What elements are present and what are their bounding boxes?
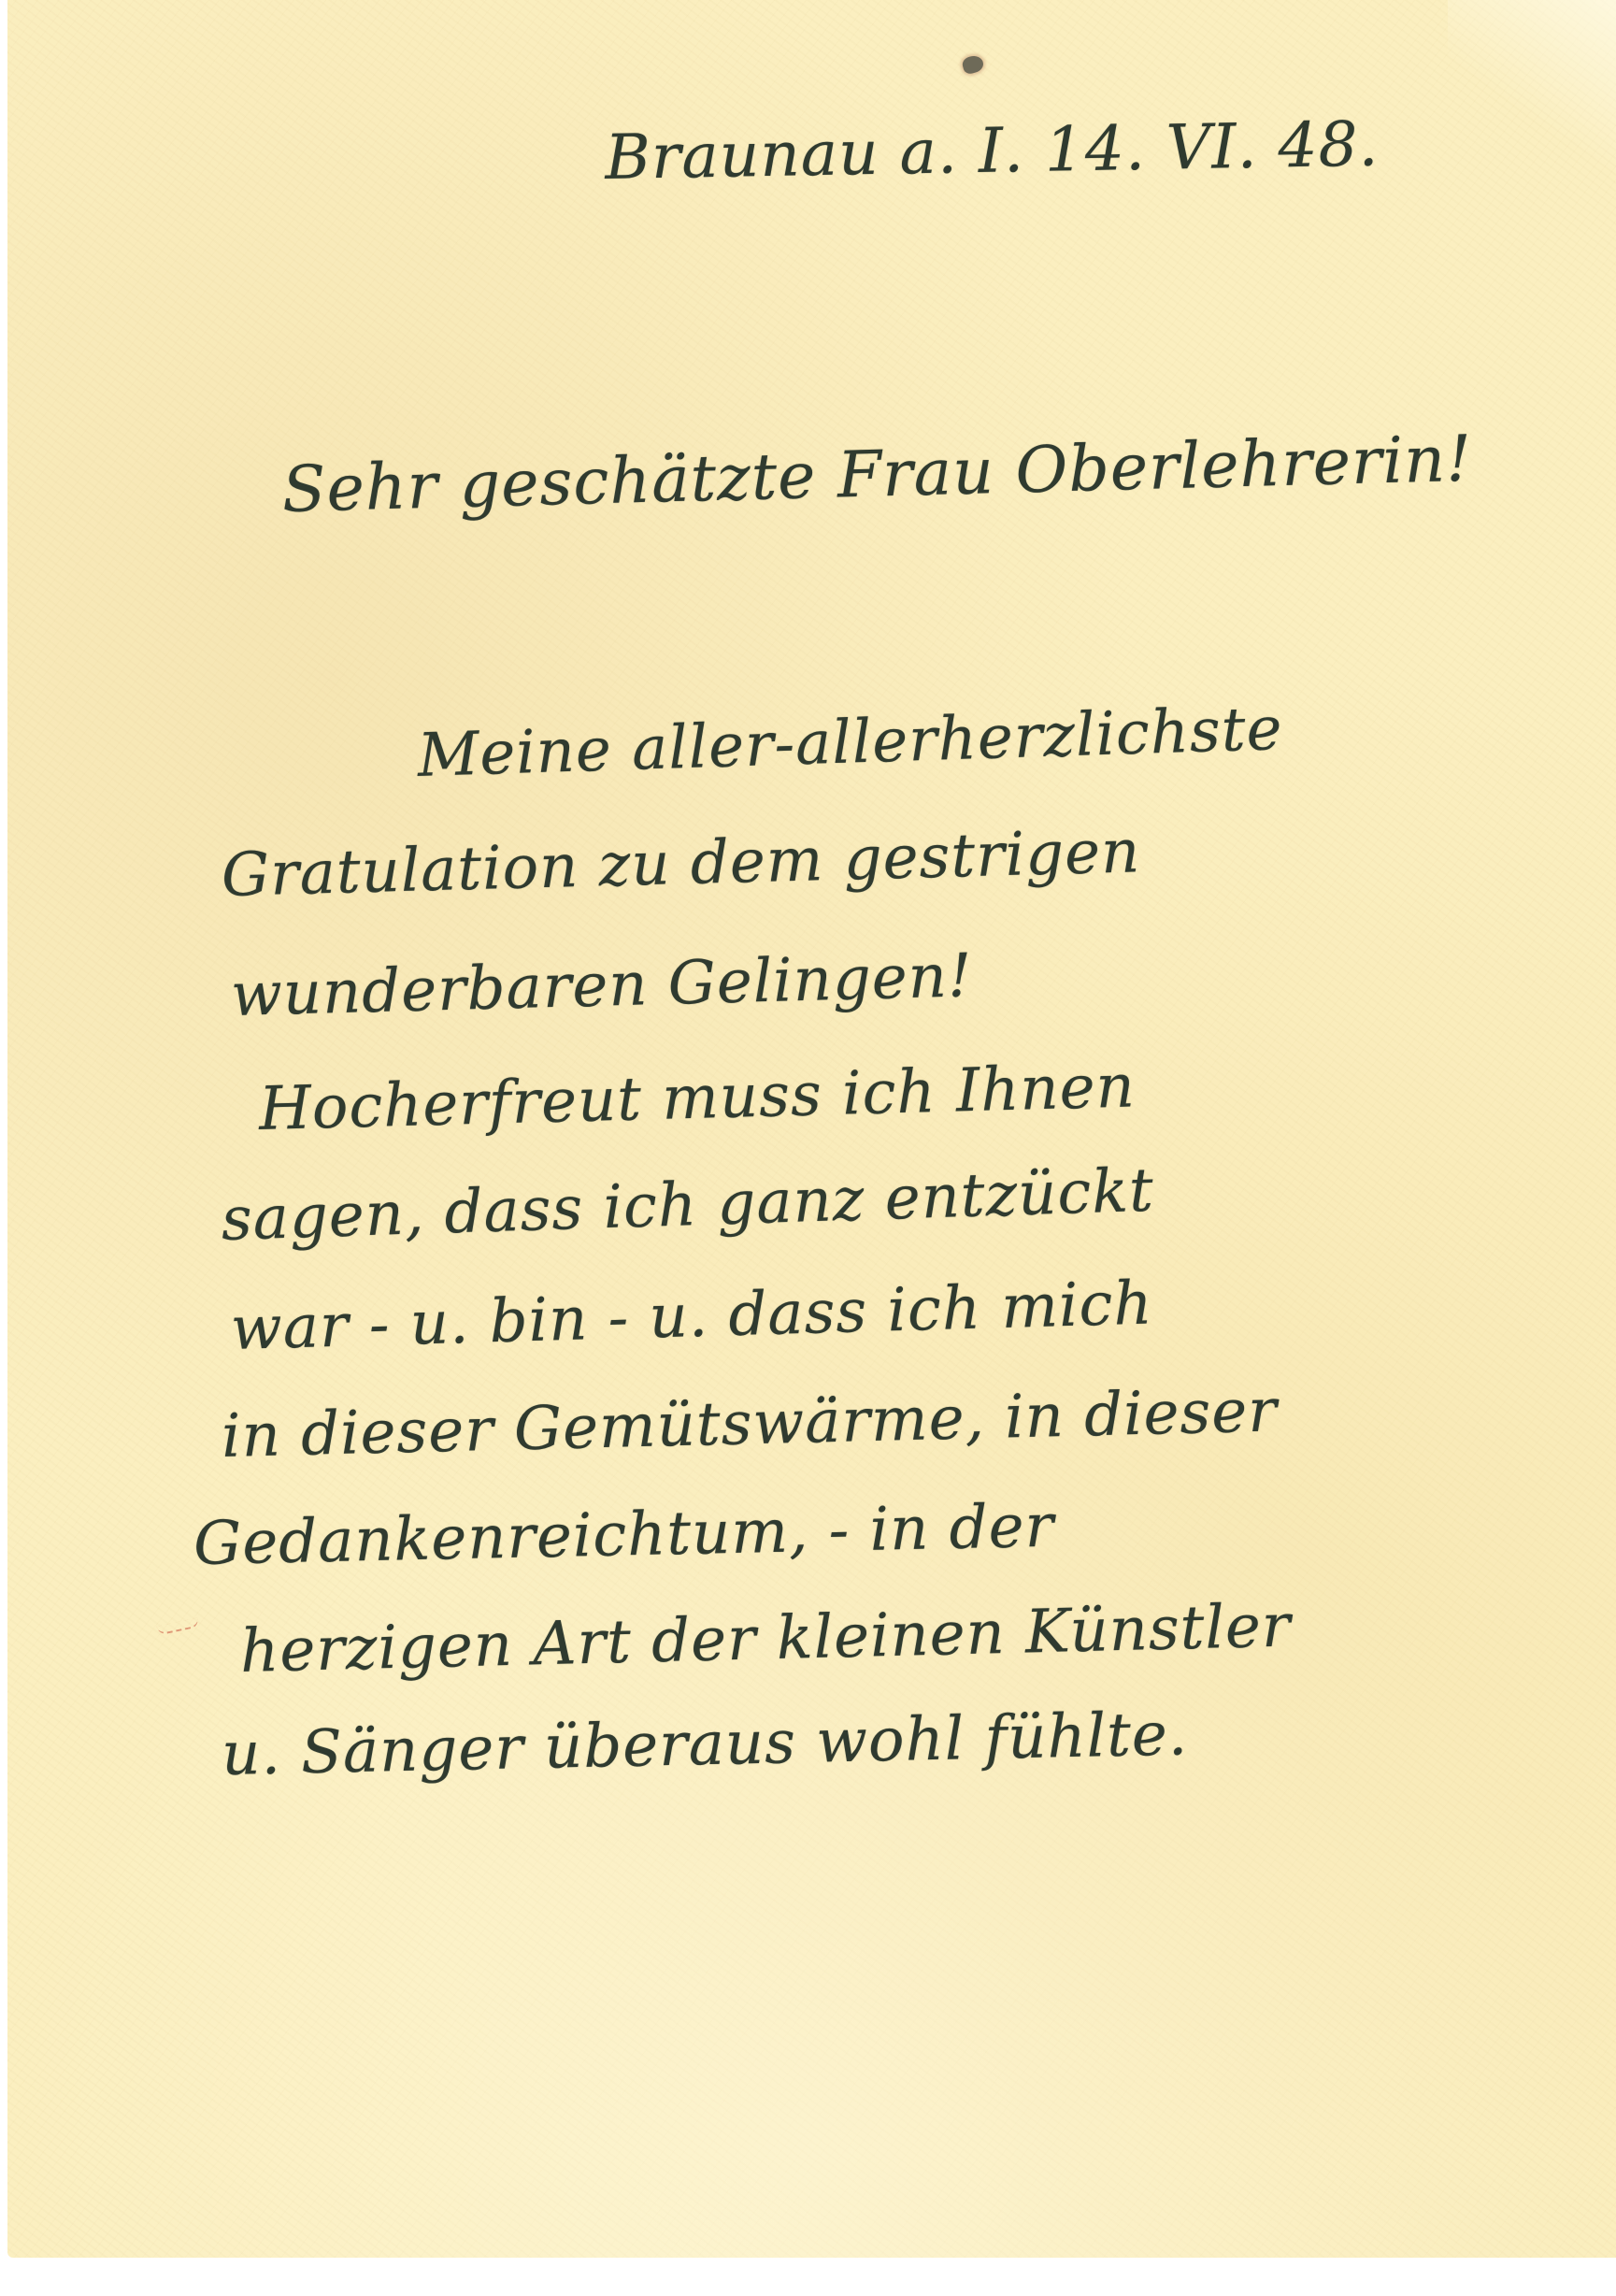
red-pencil-mark: [156, 1617, 199, 1635]
body-line: Gratulation zu dem gestrigen: [221, 817, 1141, 911]
body-line: sagen, dass ich ganz entzückt: [221, 1156, 1155, 1255]
body-line: Hocherfreut muss ich Ihnen: [258, 1052, 1137, 1144]
body-line: in dieser Gemütswärme, in dieser: [221, 1376, 1278, 1471]
body-line: herzigen Art der kleinen Künstler: [239, 1592, 1292, 1686]
salutation: Sehr geschätzte Frau Oberlehrerin!: [281, 423, 1473, 527]
body-line: Meine aller-allerherzlichste: [417, 695, 1284, 791]
body-line: wunderbaren Gelingen!: [230, 941, 973, 1030]
ink-spot-mark: [961, 53, 985, 75]
body-line: Gedankenreichtum, - in der: [193, 1492, 1054, 1579]
letter-paper: Braunau a. I. 14. VI. 48. Sehr geschätzt…: [7, 0, 1616, 2258]
paper-fold-highlight: [1448, 0, 1616, 206]
body-line: u. Sänger überaus wohl fühlte.: [221, 1700, 1188, 1789]
place-and-date: Braunau a. I. 14. VI. 48.: [605, 108, 1380, 194]
body-line: war - u. bin - u. dass ich mich: [230, 1269, 1154, 1364]
